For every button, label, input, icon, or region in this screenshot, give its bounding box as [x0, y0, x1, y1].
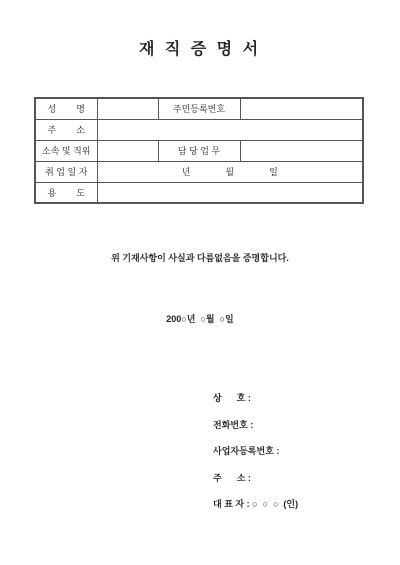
- representative-value-and-seal: ○ ○ ○ (인): [252, 499, 298, 509]
- issuer-address-value[interactable]: [251, 472, 261, 481]
- employee-info-table: 성 명 주민등록번호 주 소 소속 및 직위 담 당 업 무 취 업 일 자 년…: [34, 97, 364, 204]
- representative-line: 대 표 자 : ○ ○ ○ (인): [198, 487, 298, 499]
- table-row-address: 주 소: [35, 119, 363, 140]
- duty-value-cell[interactable]: [240, 140, 363, 161]
- hire-date-value-cell[interactable]: 년 월 일: [97, 161, 363, 182]
- business-number-line: 사업자등록번호 :: [198, 434, 298, 446]
- purpose-value-cell[interactable]: [97, 182, 363, 203]
- address-value-cell[interactable]: [97, 119, 363, 140]
- company-name-value[interactable]: [251, 392, 261, 401]
- issuer-address-label: 주 소 :: [213, 473, 251, 483]
- company-name-label: 상 호 :: [213, 393, 251, 403]
- purpose-label-cell: 용 도: [35, 182, 97, 203]
- rrn-label-cell: 주민등록번호: [158, 98, 240, 119]
- table-row-hire-date: 취 업 일 자 년 월 일: [35, 161, 363, 182]
- document-title: 재 직 증 명 서: [0, 36, 400, 59]
- table-row-department: 소속 및 직위 담 당 업 무: [35, 140, 363, 161]
- phone-label: 전화번호 :: [213, 420, 253, 430]
- table-row-name: 성 명 주민등록번호: [35, 98, 363, 119]
- duty-label-cell: 담 당 업 무: [158, 140, 240, 161]
- issuer-address-line: 주 소 :: [198, 461, 298, 473]
- table-row-purpose: 용 도: [35, 182, 363, 203]
- name-value-cell[interactable]: [97, 98, 158, 119]
- rrn-value-cell[interactable]: [240, 98, 363, 119]
- department-value-cell[interactable]: [97, 140, 158, 161]
- company-name-line: 상 호 :: [198, 381, 298, 393]
- name-label-cell: 성 명: [35, 98, 97, 119]
- address-label-cell: 주 소: [35, 119, 97, 140]
- phone-line: 전화번호 :: [198, 408, 298, 420]
- issue-date: 200○년 ○월 ○일: [0, 312, 400, 325]
- hire-date-label-cell: 취 업 일 자: [35, 161, 97, 182]
- phone-value[interactable]: [253, 419, 263, 428]
- issuer-block: 상 호 : 전화번호 : 사업자등록번호 : 주 소 : 대 표 자 : ○ ○…: [198, 381, 298, 514]
- business-number-value[interactable]: [279, 445, 289, 454]
- department-label-cell: 소속 및 직위: [35, 140, 97, 161]
- representative-label: 대 표 자 :: [213, 499, 252, 509]
- document-page: 재 직 증 명 서 성 명 주민등록번호 주 소 소속 및 직위 담 당 업 무: [0, 0, 400, 565]
- certification-statement: 위 기재사항이 사실과 다름없음을 증명합니다.: [0, 251, 400, 264]
- business-number-label: 사업자등록번호 :: [213, 446, 279, 456]
